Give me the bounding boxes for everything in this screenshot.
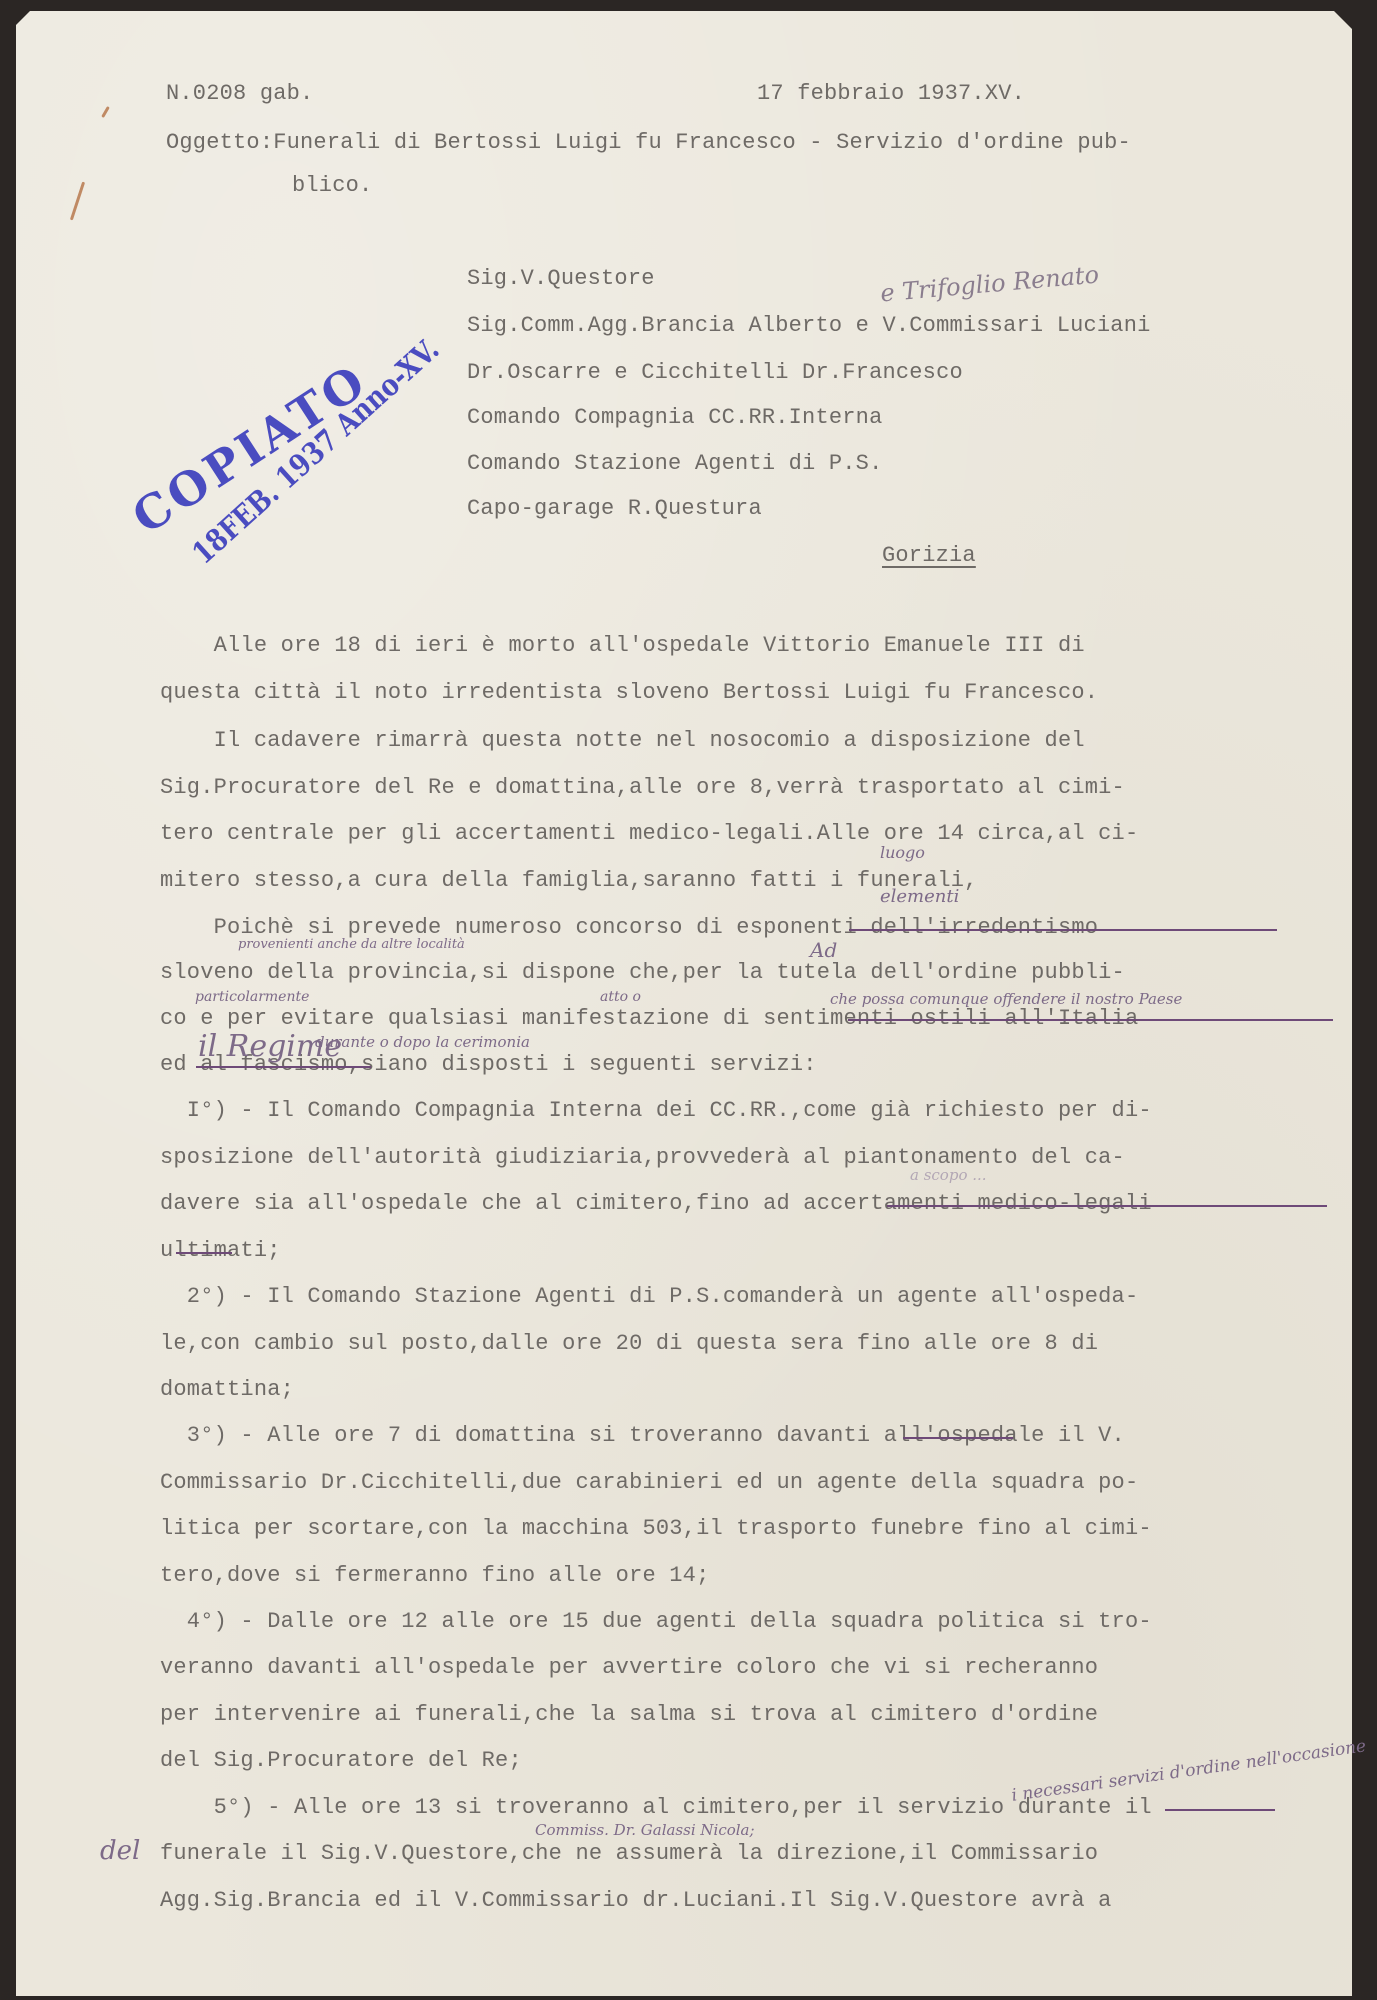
recipient-line: Sig.V.Questore (467, 268, 655, 290)
body-line: funerale il Sig.V.Questore,che ne assume… (160, 1843, 1098, 1865)
recipient-line: Capo-garage R.Questura (467, 498, 762, 520)
body-line: Poichè si prevede numeroso concorso di e… (160, 917, 1098, 939)
strikethrough-mark (903, 1437, 1013, 1439)
handwritten-annotation: che possa comunque offendere il nostro P… (830, 992, 1182, 1007)
body-line: 3°) - Alle ore 7 di domattina si trovera… (160, 1425, 1125, 1447)
strikethrough-mark (887, 1205, 1327, 1207)
handwritten-annotation: a scopo ... (910, 1168, 987, 1183)
body-line: sloveno della provincia,si dispone che,p… (160, 962, 1125, 984)
body-line: I°) - Il Comando Compagnia Interna dei C… (160, 1100, 1152, 1122)
body-line: Agg.Sig.Brancia ed il V.Commissario dr.L… (160, 1890, 1112, 1912)
document-date: 17 febbraio 1937.XV. (757, 83, 1025, 105)
body-line: del Sig.Procuratore del Re; (160, 1750, 522, 1772)
body-line: le,con cambio sul posto,dalle ore 20 di … (160, 1333, 1098, 1355)
body-line: tero centrale per gli accertamenti medic… (160, 823, 1138, 845)
handwritten-annotation: particolarmente (195, 990, 309, 1004)
body-line: veranno davanti all'ospedale per avverti… (160, 1657, 1098, 1679)
body-line: ultimati; (160, 1240, 281, 1262)
body-line: 5°) - Alle ore 13 si troveranno al cimit… (160, 1797, 1152, 1819)
body-line: 4°) - Dalle ore 12 alle ore 15 due agent… (160, 1611, 1152, 1633)
body-line: Commissario Dr.Cicchitelli,due carabinie… (160, 1472, 1138, 1494)
recipient-line: Sig.Comm.Agg.Brancia Alberto e V.Commiss… (467, 315, 1151, 337)
handwritten-annotation: elementi (880, 888, 959, 906)
strikethrough-mark (196, 1066, 371, 1068)
recipient-line: Dr.Oscarre e Cicchitelli Dr.Francesco (467, 362, 963, 384)
recipient-city: Gorizia (882, 545, 976, 567)
body-line: litica per scortare,con la macchina 503,… (160, 1518, 1152, 1540)
recipient-line: Comando Stazione Agenti di P.S. (467, 453, 882, 475)
body-line: tero,dove si fermeranno fino alle ore 14… (160, 1565, 710, 1587)
recipient-line: Comando Compagnia CC.RR.Interna (467, 407, 882, 429)
paper-tear-mark (70, 182, 85, 221)
body-line: Alle ore 18 di ieri è morto all'ospedale… (160, 635, 1085, 657)
handwritten-annotation: Ad (810, 940, 837, 960)
body-line: mitero stesso,a cura della famiglia,sara… (160, 870, 978, 892)
strikethrough-mark (848, 1019, 1333, 1021)
body-line: questa città il noto irredentista sloven… (160, 682, 1098, 704)
body-line: davere sia all'ospedale che al cimitero,… (160, 1193, 1152, 1215)
paper-tear-mark (101, 106, 110, 118)
handwritten-annotation: Commiss. Dr. Galassi Nicola; (535, 1823, 755, 1838)
handwritten-annotation: del (100, 1838, 140, 1864)
strikethrough-mark (849, 929, 1277, 931)
copiato-stamp: COPIATO 18FEB. 1937 Anno-XV. (130, 300, 470, 560)
body-line: Il cadavere rimarrà questa notte nel nos… (160, 730, 1085, 752)
body-line: Sig.Procuratore del Re e domattina,alle … (160, 777, 1125, 799)
handwritten-annotation: luogo (880, 845, 925, 861)
body-line: per intervenire ai funerali,che la salma… (160, 1704, 1098, 1726)
handwritten-annotation: durante o dopo la cerimonia (315, 1035, 530, 1050)
protocol-number: N.0208 gab. (166, 83, 313, 105)
handwritten-annotation: atto o (600, 990, 641, 1004)
strikethrough-mark (1165, 1809, 1275, 1811)
subject-line: Oggetto:Funerali di Bertossi Luigi fu Fr… (166, 132, 1131, 154)
subject-line-continued: blico. (292, 175, 372, 197)
handwritten-annotation: provenienti anche da altre località (238, 938, 465, 951)
body-line: domattina; (160, 1379, 294, 1401)
body-line: 2°) - Il Comando Stazione Agenti di P.S.… (160, 1286, 1138, 1308)
strikethrough-mark (176, 1252, 232, 1254)
